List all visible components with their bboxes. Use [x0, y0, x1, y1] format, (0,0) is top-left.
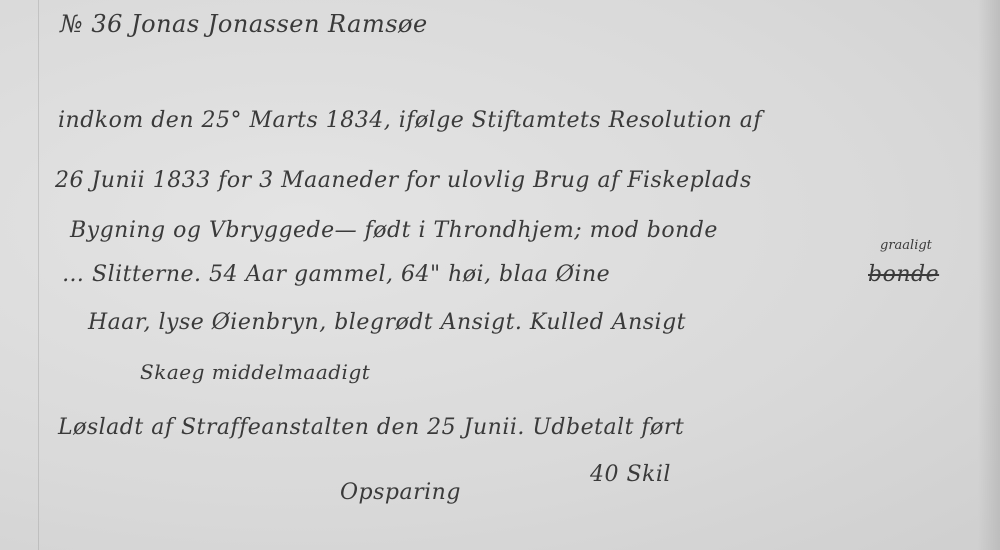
- struck-word: bonde: [868, 262, 939, 287]
- interlinear-insert: graaligt: [880, 238, 932, 253]
- text-line-9: Opsparing: [340, 480, 461, 505]
- scanned-document-page: № 36 Jonas Jonassen Ramsøe indkom den 25…: [0, 0, 1000, 550]
- text-line-2: indkom den 25° Marts 1834, ifølge Stifta…: [58, 108, 762, 133]
- text-line-6: Haar, lyse Øienbryn, blegrødt Ansigt. Ku…: [88, 310, 686, 335]
- text-line-4: Bygning og Vbryggede— født i Throndhjem;…: [70, 218, 718, 243]
- text-line-7: Skaeg middelmaadigt: [140, 360, 370, 384]
- margin-rule: [38, 0, 39, 550]
- text-line-5: … Slitterne. 54 Aar gammel, 64" høi, bla…: [62, 262, 610, 287]
- text-line-3: 26 Junii 1833 for 3 Maaneder for ulovlig…: [55, 168, 752, 193]
- amount-text: 40 Skil: [590, 462, 671, 487]
- text-line-8: Løsladt af Straffeanstalten den 25 Junii…: [58, 415, 684, 440]
- entry-header: № 36 Jonas Jonassen Ramsøe: [60, 10, 428, 38]
